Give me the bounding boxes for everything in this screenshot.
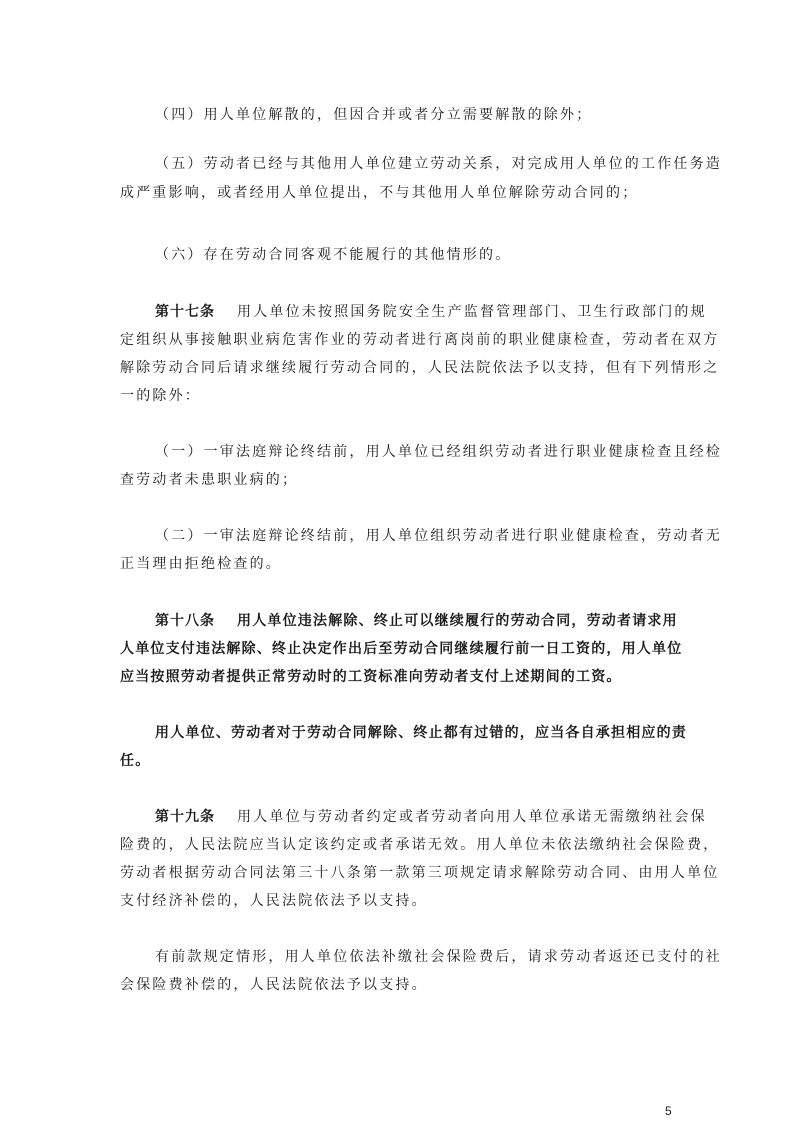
article-18-para-2: 用人单位、劳动者对于劳动合同解除、终止都有过错的，应当各自承担相应的责	[155, 724, 675, 742]
article-19-para-2: 有前款规定情形，用人单位依法补缴社会保险费后，请求劳动者返还已支付的社	[155, 948, 675, 966]
paragraph-item-4: （四）用人单位解散的，但因合并或者分立需要解散的除外；	[155, 106, 675, 124]
article-17-item-2: （二）一审法庭辩论终结前，用人单位组织劳动者进行职业健康检查，劳动者无	[155, 527, 675, 545]
paragraph-item-6: （六）存在劳动合同客观不能履行的其他情形的。	[155, 246, 675, 264]
article-18: 第十八条用人单位违法解除、终止可以继续履行的劳动合同，劳动者请求用	[155, 612, 675, 630]
article-19-line-4: 支付经济补偿的，人民法院依法予以支持。	[120, 892, 675, 910]
article-18-para-2-cont: 任。	[120, 752, 675, 770]
article-17: 第十七条用人单位未按照国务院安全生产监督管理部门、卫生行政部门的规	[155, 303, 675, 321]
article-18-line-3: 应当按照劳动者提供正常劳动时的工资标准向劳动者支付上述期间的工资。	[120, 668, 675, 686]
article-17-line-2: 定组织从事接触职业病危害作业的劳动者进行离岗前的职业健康检查，劳动者在双方	[120, 331, 675, 349]
article-19-text: 用人单位与劳动者约定或者劳动者向用人单位承诺无需缴纳社会保	[237, 809, 707, 825]
page-number: 5	[665, 1104, 672, 1118]
article-17-item-1: （一）一审法庭辩论终结前，用人单位已经组织劳动者进行职业健康检查且经检	[155, 443, 675, 461]
document-page: （四）用人单位解散的，但因合并或者分立需要解散的除外； （五）劳动者已经与其他用…	[0, 0, 793, 1122]
article-19: 第十九条用人单位与劳动者约定或者劳动者向用人单位承诺无需缴纳社会保	[155, 808, 675, 826]
article-17-line-4: 一的除外：	[120, 387, 675, 405]
paragraph-item-5: （五）劳动者已经与其他用人单位建立劳动关系，对完成用人单位的工作任务造	[155, 155, 675, 173]
article-18-heading: 第十八条	[155, 613, 215, 629]
article-19-line-3: 劳动者根据劳动合同法第三十八条第一款第三项规定请求解除劳动合同、由用人单位	[120, 864, 675, 882]
article-17-text: 用人单位未按照国务院安全生产监督管理部门、卫生行政部门的规	[237, 304, 707, 320]
article-17-heading: 第十七条	[155, 304, 215, 320]
article-17-item-1-cont: 查劳动者未患职业病的；	[120, 471, 675, 489]
article-19-line-2: 险费的，人民法院应当认定该约定或者承诺无效。用人单位未依法缴纳社会保险费，	[120, 836, 675, 854]
article-19-heading: 第十九条	[155, 809, 215, 825]
article-19-para-2-cont: 会保险费补偿的，人民法院依法予以支持。	[120, 976, 675, 994]
article-17-item-2-cont: 正当理由拒绝检查的。	[120, 555, 675, 573]
article-18-line-2: 人单位支付违法解除、终止决定作出后至劳动合同继续履行前一日工资的，用人单位	[120, 640, 675, 658]
paragraph-item-5-cont: 成严重影响，或者经用人单位提出，不与其他用人单位解除劳动合同的；	[120, 184, 675, 202]
article-18-text: 用人单位违法解除、终止可以继续履行的劳动合同，劳动者请求用	[237, 613, 678, 629]
article-17-line-3: 解除劳动合同后请求继续履行劳动合同的，人民法院依法予以支持，但有下列情形之	[120, 359, 675, 377]
